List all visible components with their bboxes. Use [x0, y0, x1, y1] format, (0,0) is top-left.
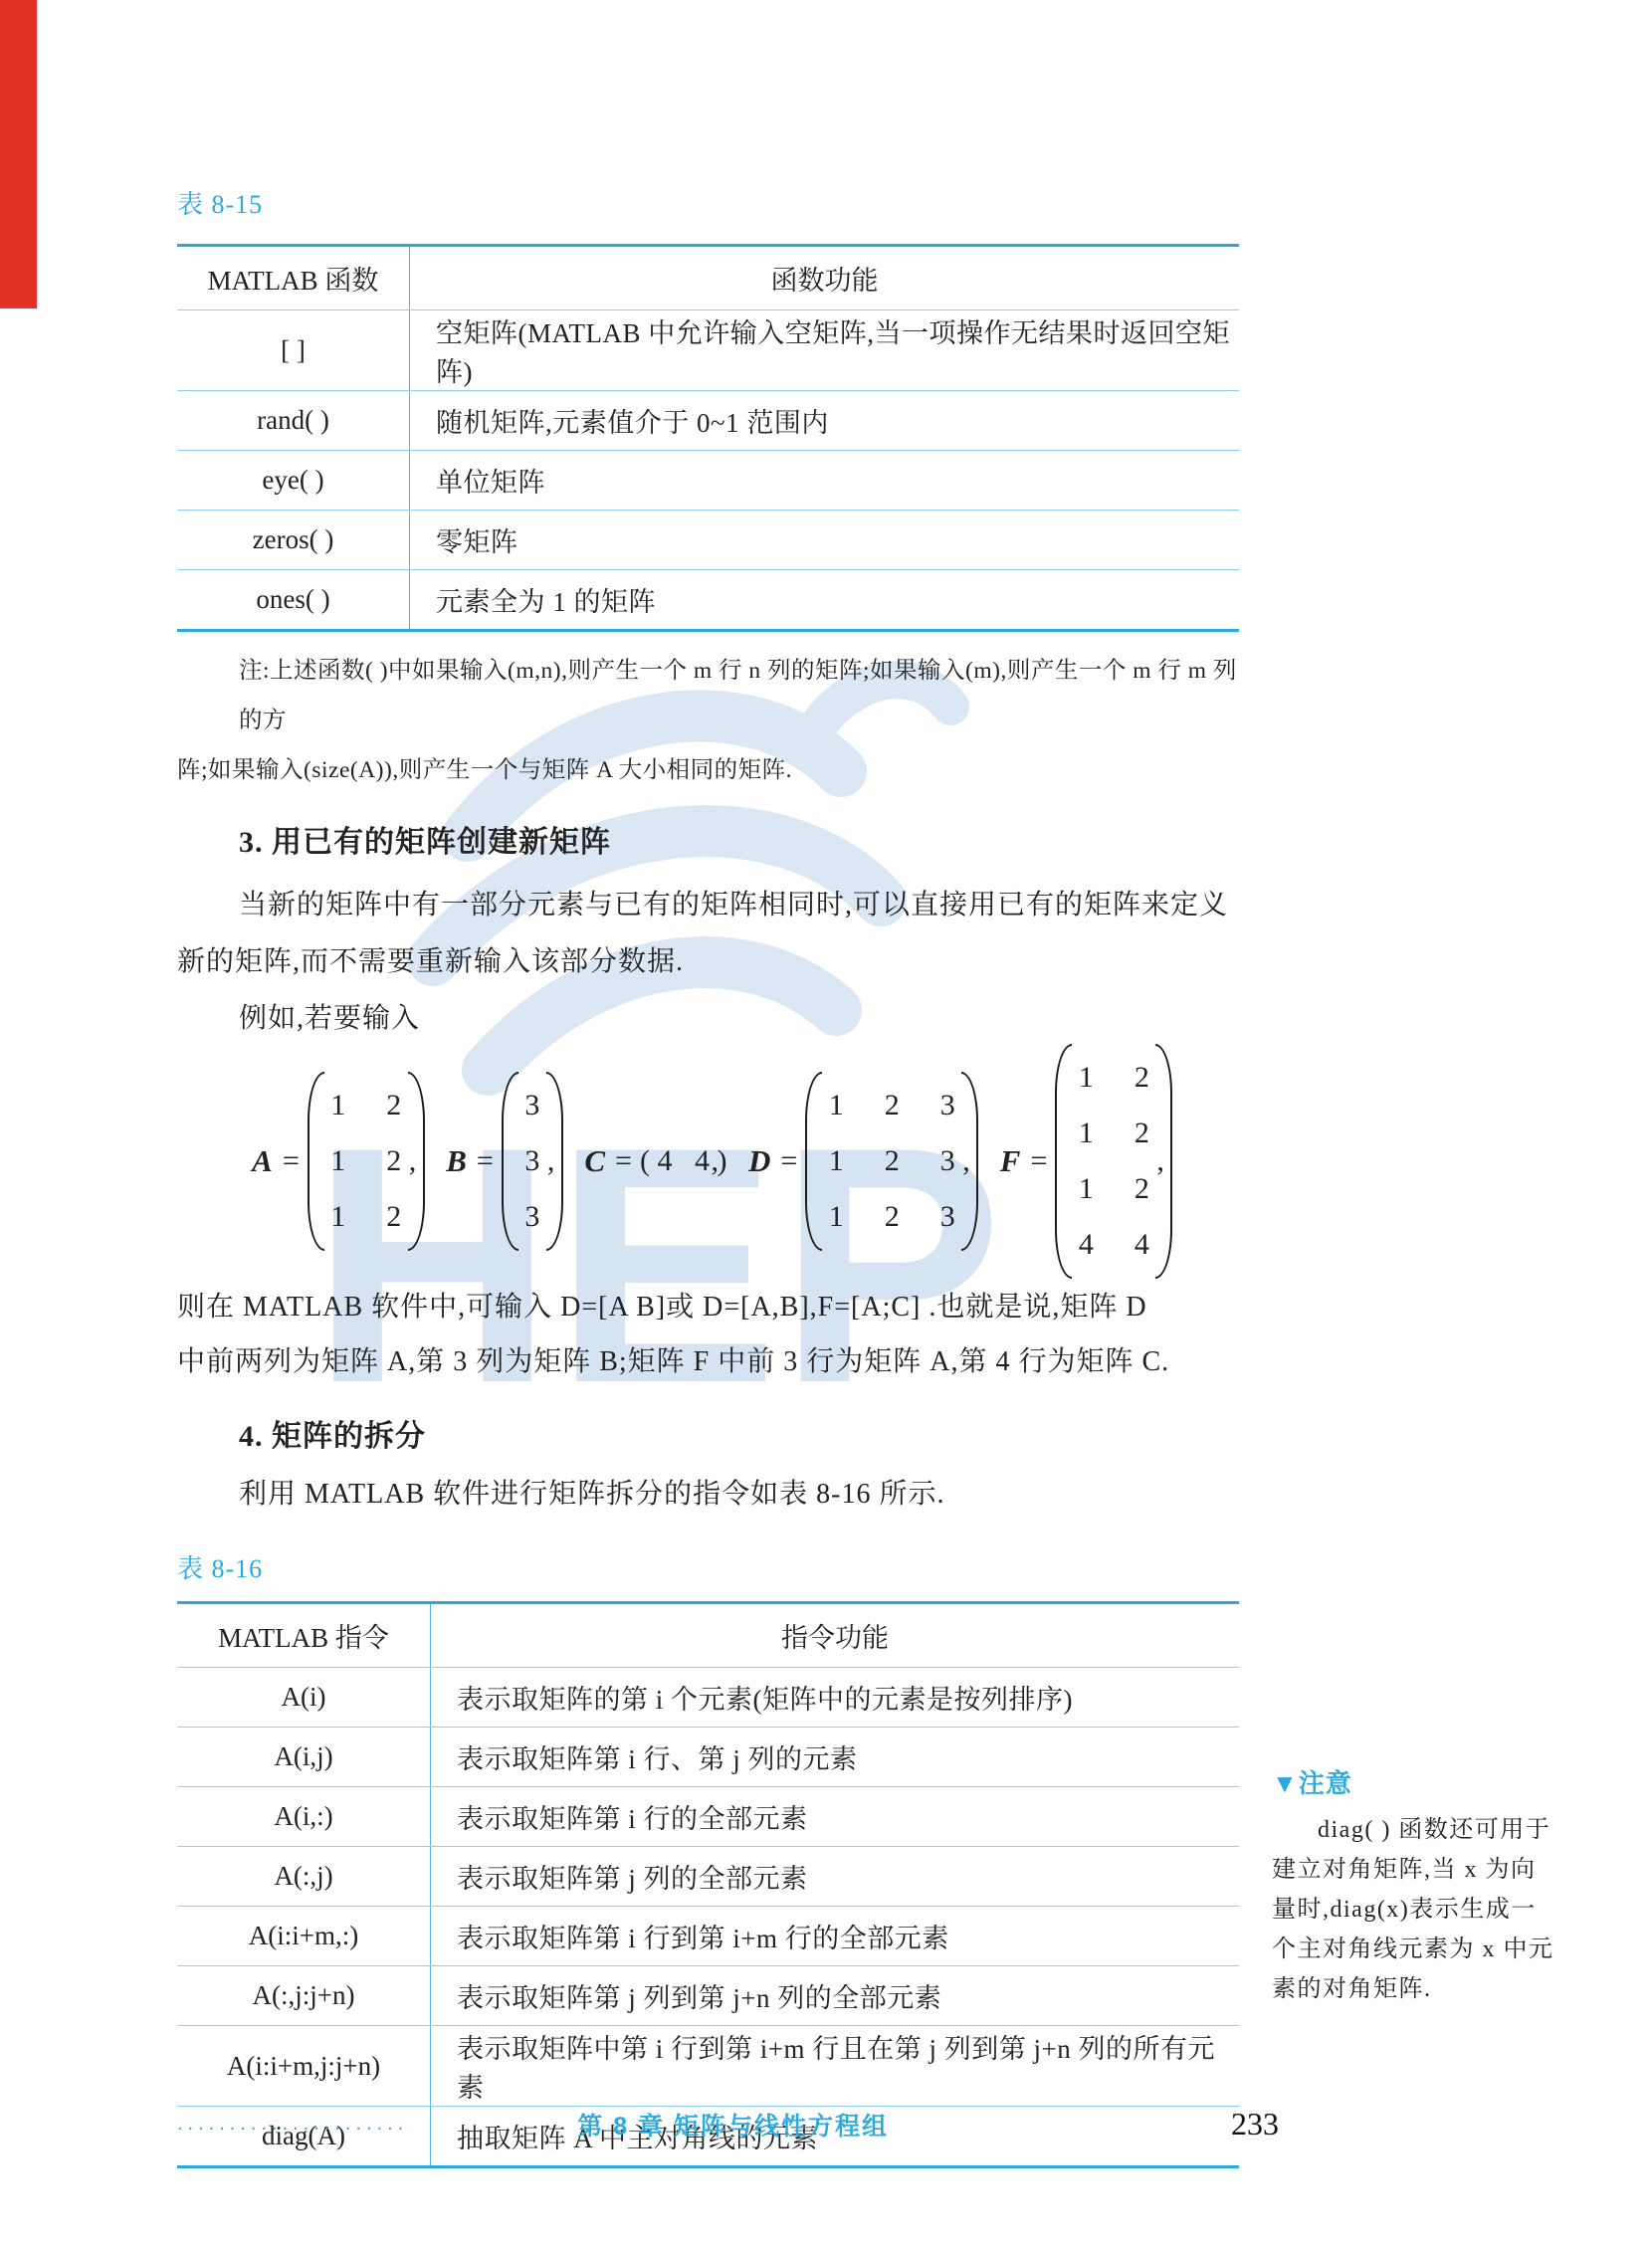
table-8-16-caption: 表 8-16	[177, 1548, 1239, 1585]
matrix-entry: 3	[523, 1078, 541, 1133]
matrix-entry: 2	[1133, 1050, 1150, 1106]
t816-row-5: A(:,j:j+n)表示取矩阵第 j 列到第 j+n 列的全部元素	[177, 1966, 1239, 2026]
t816-row-6: A(i:i+m,j:j+n)表示取矩阵中第 i 行到第 i+m 行且在第 j 列…	[177, 2026, 1239, 2107]
matrix-entry: 4	[1077, 1217, 1095, 1273]
matrix-row: 123	[827, 1078, 956, 1133]
equals-sign: =	[780, 1144, 797, 1178]
matrix-B: B=333,	[446, 1070, 554, 1253]
t816-header-purpose: 指令功能	[431, 1603, 1240, 1668]
t816-header-row: MATLAB 指令 指令功能	[177, 1603, 1239, 1668]
section-3-heading: 3. 用已有的矩阵创建新矩阵	[239, 817, 1239, 861]
matrix-body-A: 121212	[308, 1070, 425, 1253]
matrix-entry: 3	[523, 1133, 541, 1189]
matrix-entry: 2	[385, 1189, 403, 1245]
t815-row-1: rand( )随机矩阵,元素值介于 0~1 范围内	[177, 391, 1239, 451]
footer-page-number: 233	[1231, 2106, 1279, 2142]
matrix-row: 12	[1077, 1161, 1150, 1217]
t816-cell-command: A(:,j)	[177, 1847, 431, 1907]
table-8-15: MATLAB 函数 函数功能 [ ]空矩阵(MATLAB 中允许输入空矩阵,当一…	[177, 244, 1239, 632]
matrix-row: 123	[827, 1189, 956, 1245]
s3-after-line-2: 中前两列为矩阵 A,第 3 列为矩阵 B;矩阵 F 中前 3 行为矩阵 A,第 …	[177, 1334, 1239, 1389]
t815-row-2: eye( )单位矩阵	[177, 451, 1239, 510]
t816-cell-command: A(i)	[177, 1668, 431, 1728]
separator-comma: ,	[711, 1144, 719, 1178]
matrix-A: A=121212,	[252, 1070, 416, 1253]
t815-row-0: [ ]空矩阵(MATLAB 中允许输入空矩阵,当一项操作无结果时返回空矩阵)	[177, 310, 1239, 391]
section-3-paragraph: 当新的矩阵中有一部分元素与已有的矩阵相同时,可以直接用已有的矩阵来定义 新的矩阵…	[177, 877, 1239, 1047]
s3-example-lead: 例如,若要输入	[177, 990, 1239, 1047]
t816-row-1: A(i,j)表示取矩阵第 i 行、第 j 列的元素	[177, 1728, 1239, 1787]
footnote-line-2: 阵;如果输入(size(A)),则产生一个与矩阵 A 大小相同的矩阵.	[177, 745, 1239, 795]
s3-after-line-1: 则在 MATLAB 软件中,可输入 D=[A B]或 D=[A,B],F=[A;…	[177, 1280, 1239, 1334]
t816-cell-description: 表示取矩阵中第 i 行到第 i+m 行且在第 j 列到第 j+n 列的所有元素	[431, 2026, 1240, 2107]
footnote-line-1: 注:上述函数( )中如果输入(m,n),则产生一个 m 行 n 列的矩阵;如果输…	[177, 646, 1239, 745]
table-8-16: MATLAB 指令 指令功能 A(i)表示取矩阵的第 i 个元素(矩阵中的元素是…	[177, 1601, 1239, 2168]
footer-chapter-title: 第 8 章 矩阵与线性方程组	[577, 2107, 889, 2142]
matrix-entry: 1	[329, 1133, 347, 1189]
t815-body: [ ]空矩阵(MATLAB 中允许输入空矩阵,当一项操作无结果时返回空矩阵)ra…	[177, 310, 1239, 631]
equals-sign: =	[477, 1144, 494, 1178]
matrix-entry: 2	[385, 1133, 403, 1189]
matrix-entry: 1	[1077, 1161, 1095, 1217]
t816-cell-description: 表示取矩阵第 i 行的全部元素	[431, 1787, 1240, 1847]
t816-cell-description: 表示取矩阵第 i 行到第 i+m 行的全部元素	[431, 1907, 1240, 1966]
matrix-entry: 3	[938, 1078, 956, 1133]
matrix-name-F: F	[1000, 1143, 1021, 1179]
matrix-entry: 1	[1077, 1050, 1095, 1106]
t815-cell-command: ones( )	[177, 570, 410, 631]
t815-cell-description: 元素全为 1 的矩阵	[410, 570, 1240, 631]
matrix-row: 123	[827, 1133, 956, 1189]
matrix-row: 12	[329, 1133, 403, 1189]
margin-note: ▼注意 diag( ) 函数还可用于建立对角矩阵,当 x 为向量时,diag(x…	[1272, 1763, 1585, 2009]
t816-cell-command: A(i,:)	[177, 1787, 431, 1847]
matrix-entry: 1	[329, 1189, 347, 1245]
matrix-entry: 3	[938, 1133, 956, 1189]
s3-after-paragraph: 则在 MATLAB 软件中,可输入 D=[A B]或 D=[A,B],F=[A;…	[177, 1280, 1239, 1389]
matrix-entry: 1	[1077, 1106, 1095, 1161]
matrix-entry: 2	[883, 1078, 901, 1133]
t816-cell-command: A(i,j)	[177, 1728, 431, 1787]
s3-para-line-2: 新的矩阵,而不需要重新输入该部分数据.	[177, 933, 1239, 990]
matrix-row: 3	[523, 1078, 541, 1133]
matrix-name-A: A	[252, 1143, 273, 1179]
equals-sign: =	[615, 1144, 632, 1178]
matrix-entry: 2	[883, 1133, 901, 1189]
page-edge-red-tab	[0, 0, 37, 308]
s3-para-line-1: 当新的矩阵中有一部分元素与已有的矩阵相同时,可以直接用已有的矩阵来定义	[177, 877, 1239, 933]
t816-cell-command: A(i:i+m,:)	[177, 1907, 431, 1966]
footer-dotted-leader: ......................	[177, 2113, 408, 2136]
t816-row-3: A(:,j)表示取矩阵第 j 列的全部元素	[177, 1847, 1239, 1907]
margin-note-line-5: 素的对角矩阵.	[1272, 1969, 1585, 2009]
matrix-entry: 3	[523, 1189, 541, 1245]
t815-cell-command: rand( )	[177, 391, 410, 451]
margin-note-line-4: 个主对角线元素为 x 中元	[1272, 1930, 1585, 1969]
matrix-entry: 2	[385, 1078, 403, 1133]
t816-header-command: MATLAB 指令	[177, 1603, 431, 1668]
matrix-row: 12	[1077, 1106, 1150, 1161]
margin-note-line-1: diag( ) 函数还可用于	[1272, 1810, 1585, 1850]
t815-cell-command: [ ]	[177, 310, 410, 391]
matrix-D: D=123123123,	[748, 1070, 970, 1253]
t815-header-purpose: 函数功能	[410, 246, 1240, 310]
margin-note-line-2: 建立对角矩阵,当 x 为向	[1272, 1850, 1585, 1890]
t816-row-4: A(i:i+m,:)表示取矩阵第 i 行到第 i+m 行的全部元素	[177, 1907, 1239, 1966]
section-4-paragraph: 利用 MATLAB 软件进行矩阵拆分的指令如表 8-16 所示.	[177, 1475, 1239, 1515]
main-column: 表 8-15 MATLAB 函数 函数功能 [ ]空矩阵(MATLAB 中允许输…	[177, 0, 1239, 2168]
matrix-entry: 1	[827, 1133, 845, 1189]
t816-row-2: A(i,:)表示取矩阵第 i 行的全部元素	[177, 1787, 1239, 1847]
matrix-name-D: D	[748, 1143, 770, 1179]
equals-sign: =	[1030, 1144, 1047, 1178]
matrix-entry: 2	[883, 1189, 901, 1245]
t816-row-0: A(i)表示取矩阵的第 i 个元素(矩阵中的元素是按列排序)	[177, 1668, 1239, 1728]
matrix-equation-block: A=121212,B=333,C=( 4 4 ),D=123123123,F=1…	[177, 1047, 1239, 1276]
matrix-entry: 2	[1133, 1161, 1150, 1217]
t815-cell-description: 空矩阵(MATLAB 中允许输入空矩阵,当一项操作无结果时返回空矩阵)	[410, 310, 1240, 391]
matrix-name-C: C	[584, 1143, 605, 1179]
t816-body: A(i)表示取矩阵的第 i 个元素(矩阵中的元素是按列排序)A(i,j)表示取矩…	[177, 1668, 1239, 2167]
margin-note-label: ▼注意	[1272, 1763, 1585, 1800]
matrix-row: 44	[1077, 1217, 1150, 1273]
section-4-heading: 4. 矩阵的拆分	[239, 1411, 1239, 1455]
t815-row-3: zeros( )零矩阵	[177, 510, 1239, 570]
table-8-15-footnote: 注:上述函数( )中如果输入(m,n),则产生一个 m 行 n 列的矩阵;如果输…	[177, 646, 1239, 795]
matrix-body-D: 123123123	[805, 1070, 978, 1253]
page-footer: ...................... 第 8 章 矩阵与线性方程组 23…	[177, 2106, 1279, 2142]
matrix-entry: 3	[938, 1189, 956, 1245]
matrix-body-B: 333	[502, 1070, 563, 1253]
matrix-row: 12	[329, 1078, 403, 1133]
t816-cell-command: A(i:i+m,j:j+n)	[177, 2026, 431, 2107]
t815-cell-command: eye( )	[177, 451, 410, 510]
t815-header-row: MATLAB 函数 函数功能	[177, 246, 1239, 310]
matrix-F: F=12121244,	[1000, 1042, 1164, 1281]
t815-cell-command: zeros( )	[177, 510, 410, 570]
t815-header-function: MATLAB 函数	[177, 246, 410, 310]
matrix-row: 3	[523, 1189, 541, 1245]
matrix-entry: 1	[827, 1189, 845, 1245]
t816-cell-description: 表示取矩阵第 j 列到第 j+n 列的全部元素	[431, 1966, 1240, 2026]
t815-cell-description: 随机矩阵,元素值介于 0~1 范围内	[410, 391, 1240, 451]
t815-row-4: ones( )元素全为 1 的矩阵	[177, 570, 1239, 631]
t815-cell-description: 零矩阵	[410, 510, 1240, 570]
matrix-entry: 1	[329, 1078, 347, 1133]
t816-cell-description: 表示取矩阵的第 i 个元素(矩阵中的元素是按列排序)	[431, 1668, 1240, 1728]
matrix-row: 3	[523, 1133, 541, 1189]
matrix-row: 12	[329, 1189, 403, 1245]
matrix-row: 12	[1077, 1050, 1150, 1106]
book-page: HEP 表 8-15 MATLAB 函数 函数功能 [ ]空矩阵(MATLAB …	[0, 0, 1652, 2241]
matrix-entry: 2	[1133, 1106, 1150, 1161]
t815-cell-description: 单位矩阵	[410, 451, 1240, 510]
margin-note-line-3: 量时,diag(x)表示生成一	[1272, 1890, 1585, 1930]
matrix-name-B: B	[446, 1143, 467, 1179]
table-8-15-caption: 表 8-15	[177, 184, 1239, 221]
matrix-entry: 1	[827, 1078, 845, 1133]
t816-cell-description: 表示取矩阵第 j 列的全部元素	[431, 1847, 1240, 1907]
t816-cell-description: 表示取矩阵第 i 行、第 j 列的元素	[431, 1728, 1240, 1787]
matrix-entry: 4	[1133, 1217, 1150, 1273]
margin-note-text: diag( ) 函数还可用于建立对角矩阵,当 x 为向量时,diag(x)表示生…	[1272, 1810, 1585, 2009]
t816-cell-command: A(:,j:j+n)	[177, 1966, 431, 2026]
equals-sign: =	[283, 1144, 300, 1178]
matrix-body-F: 12121244	[1055, 1042, 1172, 1281]
matrix-C: C=( 4 4 ),	[584, 1143, 719, 1179]
